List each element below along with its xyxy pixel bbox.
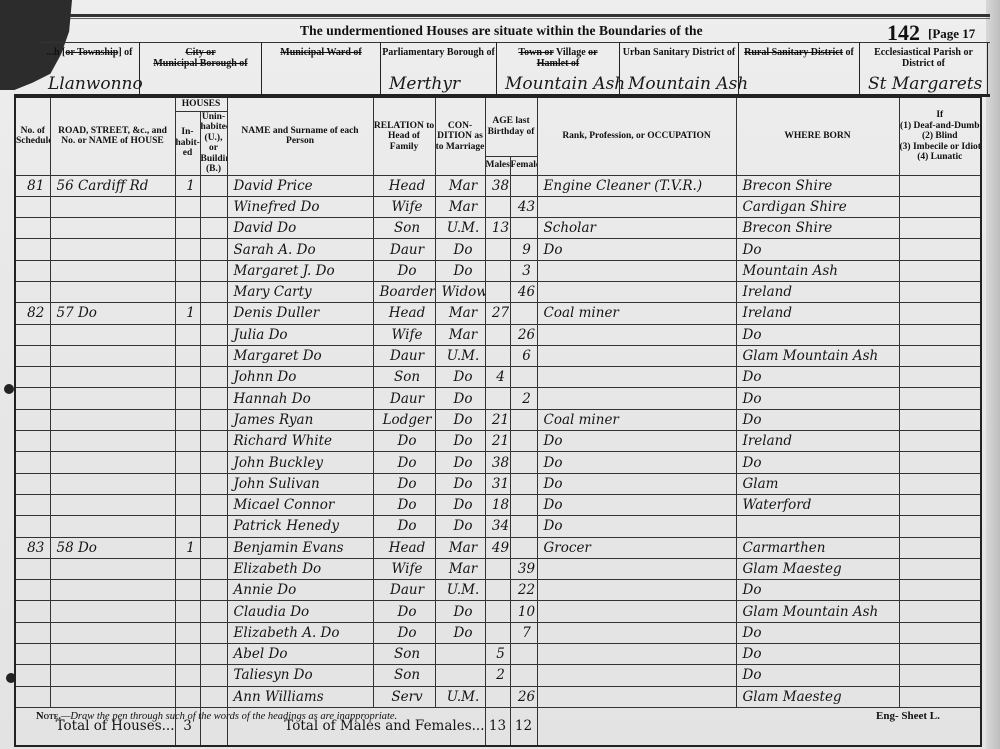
relation-cell: Boarder xyxy=(373,281,435,302)
road-cell xyxy=(50,558,175,579)
relation-cell: Son xyxy=(373,665,435,686)
occupation-cell xyxy=(537,388,736,409)
inhabited-cell xyxy=(175,473,200,494)
road-cell xyxy=(50,260,175,281)
name-cell: Julia Do xyxy=(227,324,373,345)
admin-box-label: Town or Village orHamlet of xyxy=(497,42,619,69)
uninhabited-cell xyxy=(200,409,227,430)
condition-cell: Do xyxy=(435,601,485,622)
col-relation: RELATION to Head of Family xyxy=(373,97,435,175)
relation-cell: Lodger xyxy=(373,409,435,430)
occupation-cell xyxy=(537,580,736,601)
female-age-cell: 22 xyxy=(510,580,537,601)
condition-cell: Do xyxy=(435,516,485,537)
female-age-cell xyxy=(510,537,537,558)
page-title: The undermentioned Houses are situate wi… xyxy=(300,23,703,39)
inhabited-cell xyxy=(175,367,200,388)
condition-cell: Mar xyxy=(435,303,485,324)
where-born-cell xyxy=(736,516,899,537)
condition-cell xyxy=(435,665,485,686)
schedule-cell xyxy=(15,260,50,281)
infirmity-cell xyxy=(899,473,981,494)
where-born-cell: Waterford xyxy=(736,494,899,515)
inhabited-cell xyxy=(175,324,200,345)
col-infirmity: If (1) Deaf-and-Dumb (2) Blind (3) Imbec… xyxy=(899,97,981,175)
condition-cell: Do xyxy=(435,473,485,494)
schedule-cell xyxy=(15,516,50,537)
where-born-cell: Do xyxy=(736,622,899,643)
table-row: 8257 Do1Denis DullerHeadMar27Coal minerI… xyxy=(15,303,981,324)
page-edge xyxy=(986,0,1000,749)
road-cell xyxy=(50,431,175,452)
where-born-cell: Cardigan Shire xyxy=(736,196,899,217)
road-cell xyxy=(50,409,175,430)
uninhabited-cell xyxy=(200,558,227,579)
infirmity-cell xyxy=(899,622,981,643)
table-row: Julia DoWifeMar26Do xyxy=(15,324,981,345)
admin-label-part: or xyxy=(588,47,597,58)
schedule-cell: 81 xyxy=(15,175,50,196)
infirmity-1: (1) Deaf-and-Dumb xyxy=(900,121,981,132)
schedule-cell: 83 xyxy=(15,537,50,558)
male-age-cell xyxy=(485,622,510,643)
col-females: Females xyxy=(510,156,537,175)
female-age-cell: 9 xyxy=(510,239,537,260)
inhabited-cell xyxy=(175,388,200,409)
infirmity-cell xyxy=(899,558,981,579)
relation-cell: Do xyxy=(373,622,435,643)
inhabited-cell xyxy=(175,218,200,239)
table-row: Johnn DoSonDo4Do xyxy=(15,367,981,388)
admin-box-label: Municipal Ward of xyxy=(262,42,380,58)
uninhabited-cell xyxy=(200,196,227,217)
infirmity-cell xyxy=(899,388,981,409)
uninhabited-cell xyxy=(200,537,227,558)
name-cell: Micael Connor xyxy=(227,494,373,515)
where-born-cell: Do xyxy=(736,367,899,388)
name-cell: Benjamin Evans xyxy=(227,537,373,558)
female-age-cell: 10 xyxy=(510,601,537,622)
name-cell: John Sulivan xyxy=(227,473,373,494)
occupation-cell xyxy=(537,345,736,366)
uninhabited-cell xyxy=(200,324,227,345)
female-age-cell xyxy=(510,218,537,239)
table-row: Elizabeth DoWifeMar39Glam Maesteg xyxy=(15,558,981,579)
male-age-cell xyxy=(485,601,510,622)
infirmity-2: (2) Blind xyxy=(900,131,981,142)
infirmity-cell xyxy=(899,452,981,473)
admin-box-label: City orMunicipal Borough of xyxy=(140,42,261,69)
schedule-cell xyxy=(15,644,50,665)
where-born-cell: Glam Mountain Ash xyxy=(736,601,899,622)
occupation-cell: Do xyxy=(537,452,736,473)
male-age-cell xyxy=(485,324,510,345)
admin-box: Municipal Ward of xyxy=(262,42,381,94)
road-cell: 57 Do xyxy=(50,303,175,324)
occupation-cell: Do xyxy=(537,431,736,452)
female-age-cell: 46 xyxy=(510,281,537,302)
female-age-cell: 6 xyxy=(510,345,537,366)
table-row: John BuckleyDoDo38DoDo xyxy=(15,452,981,473)
admin-box-value: St Margarets xyxy=(868,74,982,94)
road-cell xyxy=(50,324,175,345)
male-age-cell xyxy=(485,281,510,302)
female-age-cell xyxy=(510,452,537,473)
uninhabited-cell xyxy=(200,644,227,665)
infirmity-cell xyxy=(899,196,981,217)
name-cell: Johnn Do xyxy=(227,367,373,388)
road-cell xyxy=(50,367,175,388)
occupation-cell xyxy=(537,601,736,622)
female-age-cell xyxy=(510,494,537,515)
male-age-cell: 13 xyxy=(485,218,510,239)
occupation-cell: Do xyxy=(537,239,736,260)
table-row: 8358 Do1Benjamin EvansHeadMar49GrocerCar… xyxy=(15,537,981,558)
uninhabited-cell xyxy=(200,431,227,452)
top-rule-thin xyxy=(70,18,990,19)
schedule-cell xyxy=(15,431,50,452)
schedule-cell xyxy=(15,218,50,239)
road-cell xyxy=(50,218,175,239)
uninhabited-cell xyxy=(200,303,227,324)
female-age-cell xyxy=(510,431,537,452)
admin-label-part: Village xyxy=(554,47,588,58)
male-age-cell xyxy=(485,239,510,260)
admin-label-part: Urban Sanitary District of xyxy=(623,47,736,58)
infirmity-cell xyxy=(899,175,981,196)
admin-box-label: ...h [or Township] of xyxy=(40,42,139,58)
inhabited-cell xyxy=(175,516,200,537)
uninhabited-cell xyxy=(200,260,227,281)
admin-box: Parliamentary Borough ofMerthyr xyxy=(381,42,497,94)
condition-cell: Mar xyxy=(435,175,485,196)
admin-label-part: Parliamentary Borough of xyxy=(382,47,495,58)
schedule-cell xyxy=(15,601,50,622)
infirmity-cell xyxy=(899,686,981,707)
female-age-cell xyxy=(510,644,537,665)
condition-cell: Do xyxy=(435,431,485,452)
male-age-cell: 2 xyxy=(485,665,510,686)
schedule-cell xyxy=(15,473,50,494)
name-cell: Abel Do xyxy=(227,644,373,665)
female-age-cell xyxy=(510,665,537,686)
infirmity-cell xyxy=(899,281,981,302)
where-born-cell: Brecon Shire xyxy=(736,175,899,196)
name-cell: Richard White xyxy=(227,431,373,452)
uninhabited-cell xyxy=(200,452,227,473)
occupation-cell: Grocer xyxy=(537,537,736,558)
relation-cell: Son xyxy=(373,367,435,388)
admin-box-label: Ecclesiastical Parish or District of xyxy=(860,42,987,69)
page-number: [Page 17 xyxy=(928,26,975,42)
schedule-cell xyxy=(15,622,50,643)
table-row: Claudia DoDoDo10Glam Mountain Ash xyxy=(15,601,981,622)
condition-cell: U.M. xyxy=(435,345,485,366)
col-males: Males xyxy=(485,156,510,175)
occupation-cell: Do xyxy=(537,516,736,537)
male-age-cell: 5 xyxy=(485,644,510,665)
where-born-cell: Do xyxy=(736,665,899,686)
ink-blot xyxy=(6,673,16,683)
infirmity-cell xyxy=(899,601,981,622)
relation-cell: Do xyxy=(373,431,435,452)
male-age-cell: 18 xyxy=(485,494,510,515)
female-age-cell xyxy=(510,175,537,196)
admin-box: Ecclesiastical Parish or District ofSt M… xyxy=(860,42,988,94)
male-age-cell: 49 xyxy=(485,537,510,558)
female-age-cell xyxy=(510,409,537,430)
condition-cell: Mar xyxy=(435,558,485,579)
condition-cell: Do xyxy=(435,388,485,409)
where-born-cell: Mountain Ash xyxy=(736,260,899,281)
name-cell: David Do xyxy=(227,218,373,239)
schedule-cell xyxy=(15,494,50,515)
relation-cell: Do xyxy=(373,516,435,537)
uninhabited-cell xyxy=(200,580,227,601)
relation-cell: Son xyxy=(373,218,435,239)
name-cell: Patrick Henedy xyxy=(227,516,373,537)
condition-cell: Mar xyxy=(435,324,485,345)
admin-box: ...h [or Township] ofLlanwonno xyxy=(40,42,140,94)
infirmity-cell xyxy=(899,665,981,686)
occupation-cell: Do xyxy=(537,494,736,515)
admin-label-part: City or xyxy=(185,47,215,58)
col-inhabited: In-habit-ed xyxy=(175,111,200,175)
admin-box-value: Merthyr xyxy=(389,74,460,94)
female-age-cell xyxy=(510,516,537,537)
road-cell xyxy=(50,686,175,707)
inhabited-cell xyxy=(175,601,200,622)
road-cell xyxy=(50,281,175,302)
condition-cell: Do xyxy=(435,239,485,260)
road-cell xyxy=(50,452,175,473)
uninhabited-cell xyxy=(200,686,227,707)
female-age-cell: 2 xyxy=(510,388,537,409)
where-born-cell: Do xyxy=(736,644,899,665)
inhabited-cell xyxy=(175,452,200,473)
total-males: 13 xyxy=(485,707,510,746)
table-row: Winefred DoWifeMar43Cardigan Shire xyxy=(15,196,981,217)
road-cell xyxy=(50,665,175,686)
road-cell: 56 Cardiff Rd xyxy=(50,175,175,196)
header-row-1: No. of Schedule ROAD, STREET, &c., and N… xyxy=(15,97,981,111)
name-cell: Winefred Do xyxy=(227,196,373,217)
top-rule xyxy=(70,14,990,17)
infirmity-cell xyxy=(899,580,981,601)
table-row: David DoSonU.M.13ScholarBrecon Shire xyxy=(15,218,981,239)
ink-blot xyxy=(4,384,14,394)
where-born-cell: Do xyxy=(736,239,899,260)
road-cell xyxy=(50,196,175,217)
road-cell xyxy=(50,239,175,260)
occupation-cell xyxy=(537,644,736,665)
infirmity-cell xyxy=(899,345,981,366)
col-where-born: WHERE BORN xyxy=(736,97,899,175)
relation-cell: Wife xyxy=(373,558,435,579)
condition-cell: Do xyxy=(435,409,485,430)
condition-cell: U.M. xyxy=(435,580,485,601)
where-born-cell: Glam Maesteg xyxy=(736,686,899,707)
table-row: Margaret J. DoDoDo3Mountain Ash xyxy=(15,260,981,281)
inhabited-cell: 1 xyxy=(175,303,200,324)
male-age-cell: 21 xyxy=(485,409,510,430)
census-table: No. of Schedule ROAD, STREET, &c., and N… xyxy=(14,96,982,747)
occupation-cell: Coal miner xyxy=(537,409,736,430)
name-cell: Margaret Do xyxy=(227,345,373,366)
table-row: Mary CartyBoarderWidow46Ireland xyxy=(15,281,981,302)
admin-box-label: Urban Sanitary District of xyxy=(620,42,738,58)
col-condition: CON-DITION as to Marriage xyxy=(435,97,485,175)
where-born-cell: Ireland xyxy=(736,303,899,324)
inhabited-cell xyxy=(175,196,200,217)
admin-label-part: Municipal Ward of xyxy=(280,47,362,58)
male-age-cell: 4 xyxy=(485,367,510,388)
inhabited-cell: 1 xyxy=(175,175,200,196)
schedule-cell xyxy=(15,196,50,217)
where-born-cell: Carmarthen xyxy=(736,537,899,558)
sheet-identifier: Eng- Sheet L. xyxy=(876,710,940,722)
male-age-cell xyxy=(485,260,510,281)
schedule-cell xyxy=(15,281,50,302)
occupation-cell xyxy=(537,196,736,217)
inhabited-cell: 1 xyxy=(175,537,200,558)
female-age-cell: 26 xyxy=(510,686,537,707)
relation-cell: Daur xyxy=(373,239,435,260)
name-cell: Sarah A. Do xyxy=(227,239,373,260)
schedule-cell xyxy=(15,558,50,579)
infirmity-cell xyxy=(899,303,981,324)
infirmity-cell xyxy=(899,367,981,388)
condition-cell: U.M. xyxy=(435,686,485,707)
uninhabited-cell xyxy=(200,367,227,388)
note-text: —Draw the pen through such of the words … xyxy=(61,711,397,722)
admin-label-part: ...h [ xyxy=(47,47,66,58)
admin-box-value: Llanwonno xyxy=(48,74,143,94)
admin-label-part: or Township xyxy=(65,47,118,58)
admin-box: Town or Village orHamlet ofMountain Ash xyxy=(497,42,620,94)
schedule-cell: 82 xyxy=(15,303,50,324)
table-row: 8156 Cardiff Rd1David PriceHeadMar38Engi… xyxy=(15,175,981,196)
uninhabited-cell xyxy=(200,239,227,260)
female-age-cell xyxy=(510,473,537,494)
road-cell xyxy=(50,580,175,601)
schedule-cell xyxy=(15,324,50,345)
inhabited-cell xyxy=(175,558,200,579)
admin-label-part: ] of xyxy=(118,47,132,58)
female-age-cell: 7 xyxy=(510,622,537,643)
inhabited-cell xyxy=(175,345,200,366)
occupation-cell: Do xyxy=(537,473,736,494)
male-age-cell: 38 xyxy=(485,452,510,473)
inhabited-cell xyxy=(175,431,200,452)
infirmity-cell xyxy=(899,239,981,260)
condition-cell: U.M. xyxy=(435,218,485,239)
schedule-cell xyxy=(15,367,50,388)
road-cell xyxy=(50,494,175,515)
female-age-cell: 39 xyxy=(510,558,537,579)
census-page: The undermentioned Houses are situate wi… xyxy=(0,0,1000,749)
relation-cell: Do xyxy=(373,494,435,515)
name-cell: Taliesyn Do xyxy=(227,665,373,686)
col-uninhabited: Unin-habited (U.), or Building (B.) xyxy=(200,111,227,175)
road-cell xyxy=(50,388,175,409)
relation-cell: Head xyxy=(373,303,435,324)
schedule-cell xyxy=(15,409,50,430)
table-row: Elizabeth A. DoDoDo7Do xyxy=(15,622,981,643)
infirmity-cell xyxy=(899,644,981,665)
condition-cell: Do xyxy=(435,367,485,388)
occupation-cell: Coal miner xyxy=(537,303,736,324)
occupation-cell xyxy=(537,622,736,643)
uninhabited-cell xyxy=(200,665,227,686)
male-age-cell xyxy=(485,580,510,601)
col-occupation: Rank, Profession, or OCCUPATION xyxy=(537,97,736,175)
col-age: AGE last Birthday of xyxy=(485,97,537,156)
male-age-cell xyxy=(485,686,510,707)
relation-cell: Son xyxy=(373,644,435,665)
infirmity-cell xyxy=(899,494,981,515)
name-cell: Ann Williams xyxy=(227,686,373,707)
uninhabited-cell xyxy=(200,516,227,537)
male-age-cell: 21 xyxy=(485,431,510,452)
road-cell xyxy=(50,622,175,643)
total-females: 12 xyxy=(510,707,537,746)
schedule-cell xyxy=(15,665,50,686)
infirmity-cell xyxy=(899,431,981,452)
where-born-cell: Ireland xyxy=(736,281,899,302)
uninhabited-cell xyxy=(200,218,227,239)
uninhabited-cell xyxy=(200,473,227,494)
name-cell: Denis Duller xyxy=(227,303,373,324)
relation-cell: Daur xyxy=(373,580,435,601)
schedule-cell xyxy=(15,239,50,260)
where-born-cell: Glam Maesteg xyxy=(736,558,899,579)
census-body: 8156 Cardiff Rd1David PriceHeadMar38Engi… xyxy=(15,175,981,707)
infirmity-cell xyxy=(899,324,981,345)
relation-cell: Wife xyxy=(373,324,435,345)
name-cell: Annie Do xyxy=(227,580,373,601)
col-name: NAME and Surname of each Person xyxy=(227,97,373,175)
table-row: Hannah DoDaurDo2Do xyxy=(15,388,981,409)
where-born-cell: Brecon Shire xyxy=(736,218,899,239)
schedule-cell xyxy=(15,452,50,473)
condition-cell xyxy=(435,644,485,665)
where-born-cell: Glam Mountain Ash xyxy=(736,345,899,366)
table-row: Taliesyn DoSon2Do xyxy=(15,665,981,686)
uninhabited-cell xyxy=(200,345,227,366)
road-cell xyxy=(50,644,175,665)
col-road: ROAD, STREET, &c., and No. or NAME of HO… xyxy=(50,97,175,175)
admin-label-part: Hamlet of xyxy=(537,58,580,69)
male-age-cell: 31 xyxy=(485,473,510,494)
relation-cell: Do xyxy=(373,452,435,473)
name-cell: David Price xyxy=(227,175,373,196)
relation-cell: Daur xyxy=(373,388,435,409)
male-age-cell xyxy=(485,196,510,217)
inhabited-cell xyxy=(175,260,200,281)
road-cell xyxy=(50,601,175,622)
name-cell: Claudia Do xyxy=(227,601,373,622)
infirmity-3: (3) Imbecile or Idiot xyxy=(900,142,981,153)
table-row: Margaret DoDaurU.M.6Glam Mountain Ash xyxy=(15,345,981,366)
inhabited-cell xyxy=(175,665,200,686)
table-row: Abel DoSon5Do xyxy=(15,644,981,665)
admin-box-value: Mountain Ash xyxy=(628,74,748,94)
occupation-cell xyxy=(537,665,736,686)
table-row: Patrick HenedyDoDo34Do xyxy=(15,516,981,537)
relation-cell: Head xyxy=(373,537,435,558)
female-age-cell xyxy=(510,303,537,324)
